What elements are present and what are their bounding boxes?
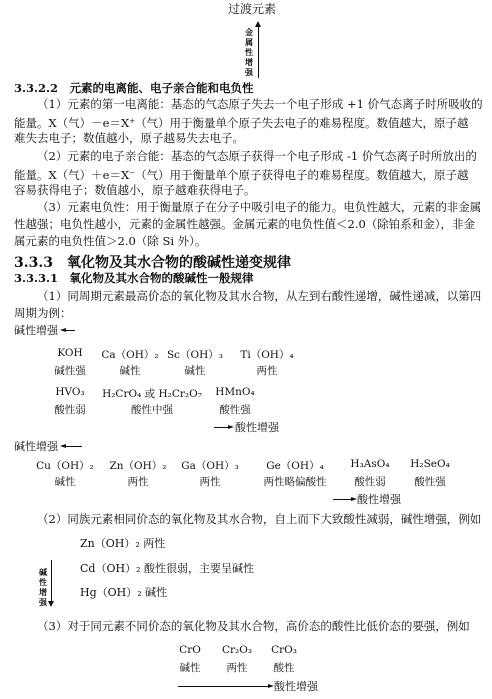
arrow-line — [178, 686, 268, 687]
transition-elements-label: 过渡元素 — [228, 1, 276, 18]
paragraph-line: 属元素的电负性值＞2.0（除 Si 外）。 — [14, 233, 206, 250]
formula: CrO — [170, 644, 210, 656]
base-increase-label: 碱性增强 — [14, 438, 58, 455]
paragraph-line: （1）同周期元素最高价态的氧化物及其水合物，从左到右酸性递增，碱性递减，以第四 — [37, 288, 481, 305]
paragraph-line: （3）元素电负性：用于衡量原子在分子中吸引电子的能力。电负性越大，元素的非金属 — [37, 199, 481, 216]
paragraph-line: 周期为例： — [14, 305, 72, 322]
formula: Cr₂O₃ — [217, 644, 257, 656]
equation-text: 能量。X（气）－e＝X — [14, 116, 129, 130]
formula: H₂CrO₄ 或 H₂Cr₂O₇ — [92, 386, 212, 401]
paragraph-line: （2）元素的电子亲合能：基态的气态原子获得一个电子形成 -1 价气态离子时所放出… — [37, 148, 477, 165]
formula: HMnO₄ — [200, 386, 270, 398]
arrow-down-icon — [48, 601, 54, 607]
equation-text: 能量。X（气）＋e＝X — [14, 168, 129, 182]
property-label: 两性 — [175, 474, 245, 489]
property-label: 两性略偏酸性 — [255, 474, 335, 489]
paragraph-line: 容易获得电子；数值越小，原子越难获得电子。 — [14, 182, 256, 199]
property-label: 两性 — [103, 474, 173, 489]
formula: Ti（OH）₄ — [232, 347, 302, 362]
arrow-line — [214, 427, 228, 428]
base-increase-label: 碱性增强 — [14, 322, 58, 339]
property-label: 碱性 — [170, 660, 210, 675]
metallic-increase-label: 金属性增强 — [244, 27, 254, 77]
paragraph-text: （气）用于衡量单个原子获得电子的难易程度。数值越大，原子越 — [135, 168, 469, 182]
arrow-line — [64, 330, 75, 331]
paragraph-line: （1）元素的第一电离能：基态的气态原子失去一个电子形成 +1 价气态离子时所吸收… — [37, 96, 483, 113]
base-arrow-line — [51, 560, 52, 602]
paragraph-line: （3）对于同元素不同价态的氧化物及其水合物，高价态的酸性比低价态的要强，例如 — [37, 618, 470, 635]
formula: Zn（OH）₂ — [103, 458, 173, 473]
property-label: 碱性 — [30, 474, 100, 489]
group-item: Zn（OH）₂ 两性 — [80, 535, 165, 552]
arrow-line — [64, 446, 82, 447]
arrow-right-icon — [228, 425, 234, 429]
formula: Ca（OH）₂ — [95, 347, 165, 362]
property-label: 碱性强 — [40, 363, 100, 378]
formula: KOH — [40, 347, 100, 359]
property-label: 两性 — [217, 660, 257, 675]
acid-increase-label: 酸性增强 — [357, 491, 401, 508]
property-label: 酸性强 — [405, 474, 455, 489]
metallic-arrow-line — [258, 26, 259, 78]
paragraph-line: 难失去电子；数值越小，原子越易失去电子。 — [14, 130, 244, 147]
paragraph-line: 性越强；电负性越小，元素的金属性越强。金属元素的电负性值＜2.0（除铂系和金），… — [14, 216, 475, 233]
formula: Ga（OH）₃ — [175, 458, 245, 473]
acid-increase-label: 酸性增强 — [235, 419, 279, 436]
formula: H₃AsO₄ — [345, 458, 395, 470]
property-label: 两性 — [232, 363, 302, 378]
acid-increase-label: 酸性增强 — [274, 678, 318, 695]
paragraph-line: （2）同族元素相同价态的氧化物及其水合物，自上而下大致酸性减弱，碱性增强，例如 — [37, 511, 481, 528]
formula: H₂SeO₄ — [405, 458, 455, 470]
property-label: 酸性强 — [200, 402, 270, 417]
formula: Sc（OH）₃ — [160, 347, 230, 362]
base-increase-vertical-label: 碱性增强 — [38, 567, 48, 607]
property-label: 碱性 — [95, 363, 165, 378]
section-heading-333: 3.3.3 氧化物及其水合物的酸碱性递变规律 — [14, 252, 291, 272]
property-label: 碱性 — [160, 363, 230, 378]
formula: CrO₃ — [264, 644, 304, 656]
formula: HVO₃ — [40, 386, 100, 398]
formula: Ge（OH）₄ — [255, 458, 335, 473]
group-item: Hg（OH）₂ 碱性 — [80, 584, 167, 601]
paragraph-text: （气）用于衡量单个原子失去电子的难易程度。数值越大，原子越 — [135, 116, 469, 130]
formula: Cu（OH）₂ — [30, 458, 100, 473]
property-label: 酸性弱 — [40, 402, 100, 417]
group-item: Cd（OH）₂ 酸性很弱，主要呈碱性 — [80, 560, 254, 577]
arrow-line — [333, 499, 351, 500]
section-heading-3331: 3.3.3.1 氧化物及其水合物的酸碱性一般规律 — [14, 270, 254, 286]
property-label: 酸性中强 — [92, 402, 212, 417]
property-label: 酸性 — [264, 660, 304, 675]
section-heading-3322: 3.3.2.2 元素的电离能、电子亲合能和电负性 — [14, 80, 254, 96]
property-label: 酸性弱 — [345, 474, 395, 489]
